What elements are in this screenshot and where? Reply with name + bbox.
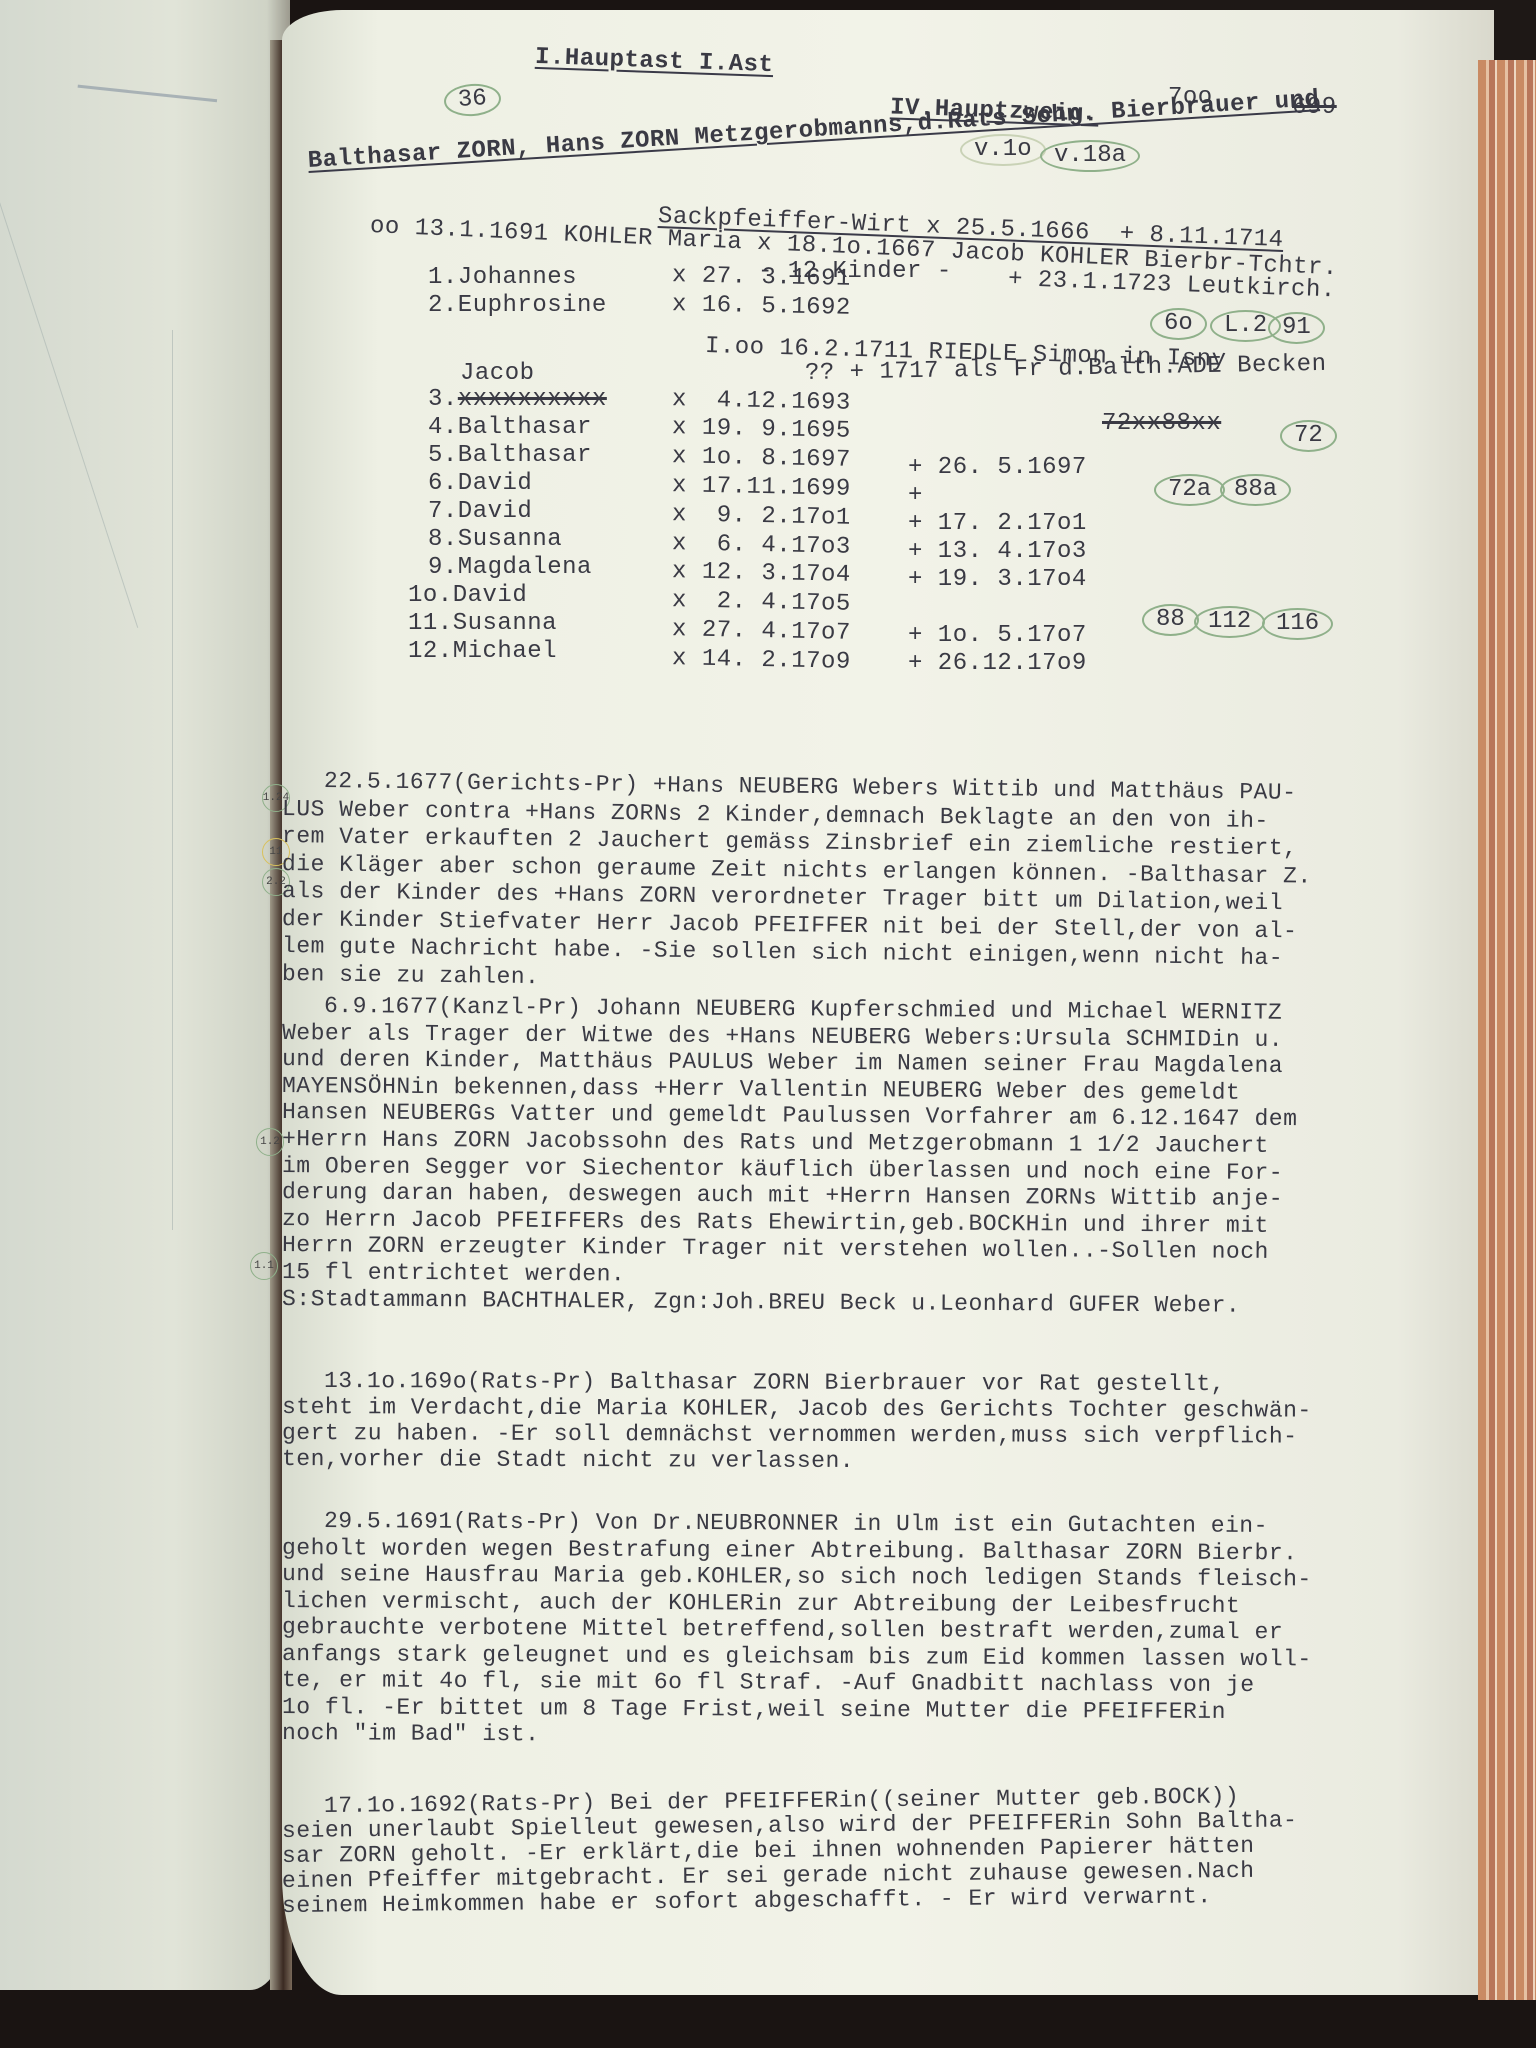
child-baptism: x 27. 4.17o7 <box>672 618 851 646</box>
ref-88: 88 <box>1142 604 1199 636</box>
record-line: ten,vorher die Stadt nicht zu verlassen. <box>282 1448 854 1473</box>
record-line: 1o fl. -Er bittet um 8 Tage Frist,weil s… <box>282 1696 1226 1724</box>
record-line: ben sie zu zahlen. <box>282 963 540 989</box>
struck-ref: 72xx88xx <box>1102 412 1221 436</box>
child-baptism: x 6. 4.17o3 <box>672 532 851 560</box>
child-baptism: x 1o. 8.1697 <box>672 445 851 473</box>
child-death: + 26. 5.1697 <box>908 456 1087 480</box>
child-death: + 26.12.17o9 <box>908 652 1087 676</box>
record-line: 6.9.1677(Kanzl-Pr) Johann NEUBERG Kupfer… <box>324 995 1282 1025</box>
child-name: 12.Michael <box>408 640 557 664</box>
ref-72: 72 <box>1280 420 1337 452</box>
ref-72a: 72a <box>1154 474 1225 506</box>
child-name: 7.David <box>428 500 532 524</box>
child-baptism: x 14. 2.17o9 <box>672 647 851 675</box>
child-baptism: x 16. 5.1692 <box>672 293 851 321</box>
margin-mark: 1.1 <box>250 1252 278 1280</box>
child-name-correction: Jacob <box>460 362 535 386</box>
margin-mark: 1.2 <box>256 1128 284 1156</box>
ref-88a: 88a <box>1220 474 1291 506</box>
ref-116: 116 <box>1262 608 1333 640</box>
child-name: 3.xxxxxxxxxx <box>428 388 607 412</box>
child-baptism: x 17.11.1699 <box>672 474 851 502</box>
record-line: steht im Verdacht,die Maria KOHLER, Jaco… <box>282 1396 1312 1423</box>
child-name: 4.Balthasar <box>428 416 592 440</box>
child-baptism: x 2. 4.17o5 <box>672 589 851 617</box>
child-death: + 17. 2.17o1 <box>908 512 1087 536</box>
ref-v10: v.1o <box>960 134 1046 166</box>
entry-number: 36 <box>443 82 502 118</box>
child-baptism: x 4.12.1693 <box>672 388 851 416</box>
child-baptism: x 27. 3.1691 <box>672 264 851 292</box>
child-baptism: x 19. 9.1695 <box>672 417 851 445</box>
child2-note: ?? + 1717 als Fr d.Balth.ADE Becken <box>805 353 1327 386</box>
ref-v18a: v.18a <box>1040 140 1140 172</box>
record-line: S:Stadtammann BACHTHALER, Zgn:Joh.BREU B… <box>282 1288 1240 1318</box>
ref-91: 91 <box>1268 312 1325 344</box>
child-death: + 1o. 5.17o7 <box>908 624 1087 648</box>
record-line: noch "im Bad" ist. <box>282 1722 540 1746</box>
record-line: geholt worden wegen Bestrafung einer Abt… <box>282 1537 1298 1565</box>
record-line: und seine Hausfrau Maria geb.KOHLER,so s… <box>282 1563 1312 1591</box>
record-line: lichen vermischt, auch der KOHLERin zur … <box>282 1590 1240 1618</box>
child-name: 9.Magdalena <box>428 556 592 580</box>
child-death: + 13. 4.17o3 <box>908 540 1087 564</box>
child-name: 2.Euphrosine <box>428 294 607 318</box>
branch-heading: I.Hauptast I.Ast <box>535 46 774 78</box>
record-line: gebrauchte verbotene Mittel betreffend,s… <box>282 1616 1283 1644</box>
child-name: 11.Susanna <box>408 612 557 636</box>
child-name: 1.Johannes <box>428 266 577 290</box>
child-name: 5.Balthasar <box>428 444 592 468</box>
ref-60: 6o <box>1150 308 1207 340</box>
child-name: 6.David <box>428 472 532 496</box>
ref-112: 112 <box>1194 606 1265 638</box>
record-line: gert zu haben. -Er soll demnächst vernom… <box>282 1422 1298 1449</box>
child-name: 8.Susanna <box>428 528 562 552</box>
record-line: 13.1o.169o(Rats-Pr) Balthasar ZORN Bierb… <box>324 1370 1225 1396</box>
child-death: + 19. 3.17o4 <box>908 568 1087 592</box>
child-baptism: x 9. 2.17o1 <box>672 503 851 531</box>
record-line: 15 fl entrichtet werden. <box>282 1261 625 1286</box>
child-baptism: x 12. 3.17o4 <box>672 561 851 589</box>
record-line: anfangs stark geleugnet und es gleichsam… <box>282 1643 1312 1671</box>
document-content: I.Hauptast I.Ast IV.Hauptzweig. 7oo 699 … <box>0 0 1536 2048</box>
record-line: 29.5.1691(Rats-Pr) Von Dr.NEUBRONNER in … <box>324 1510 1268 1538</box>
child-death: + <box>908 484 923 508</box>
record-line: te, er mit 4o fl, sie mit 6o fl Straf. -… <box>282 1669 1255 1697</box>
child-name: 1o.David <box>408 584 527 608</box>
